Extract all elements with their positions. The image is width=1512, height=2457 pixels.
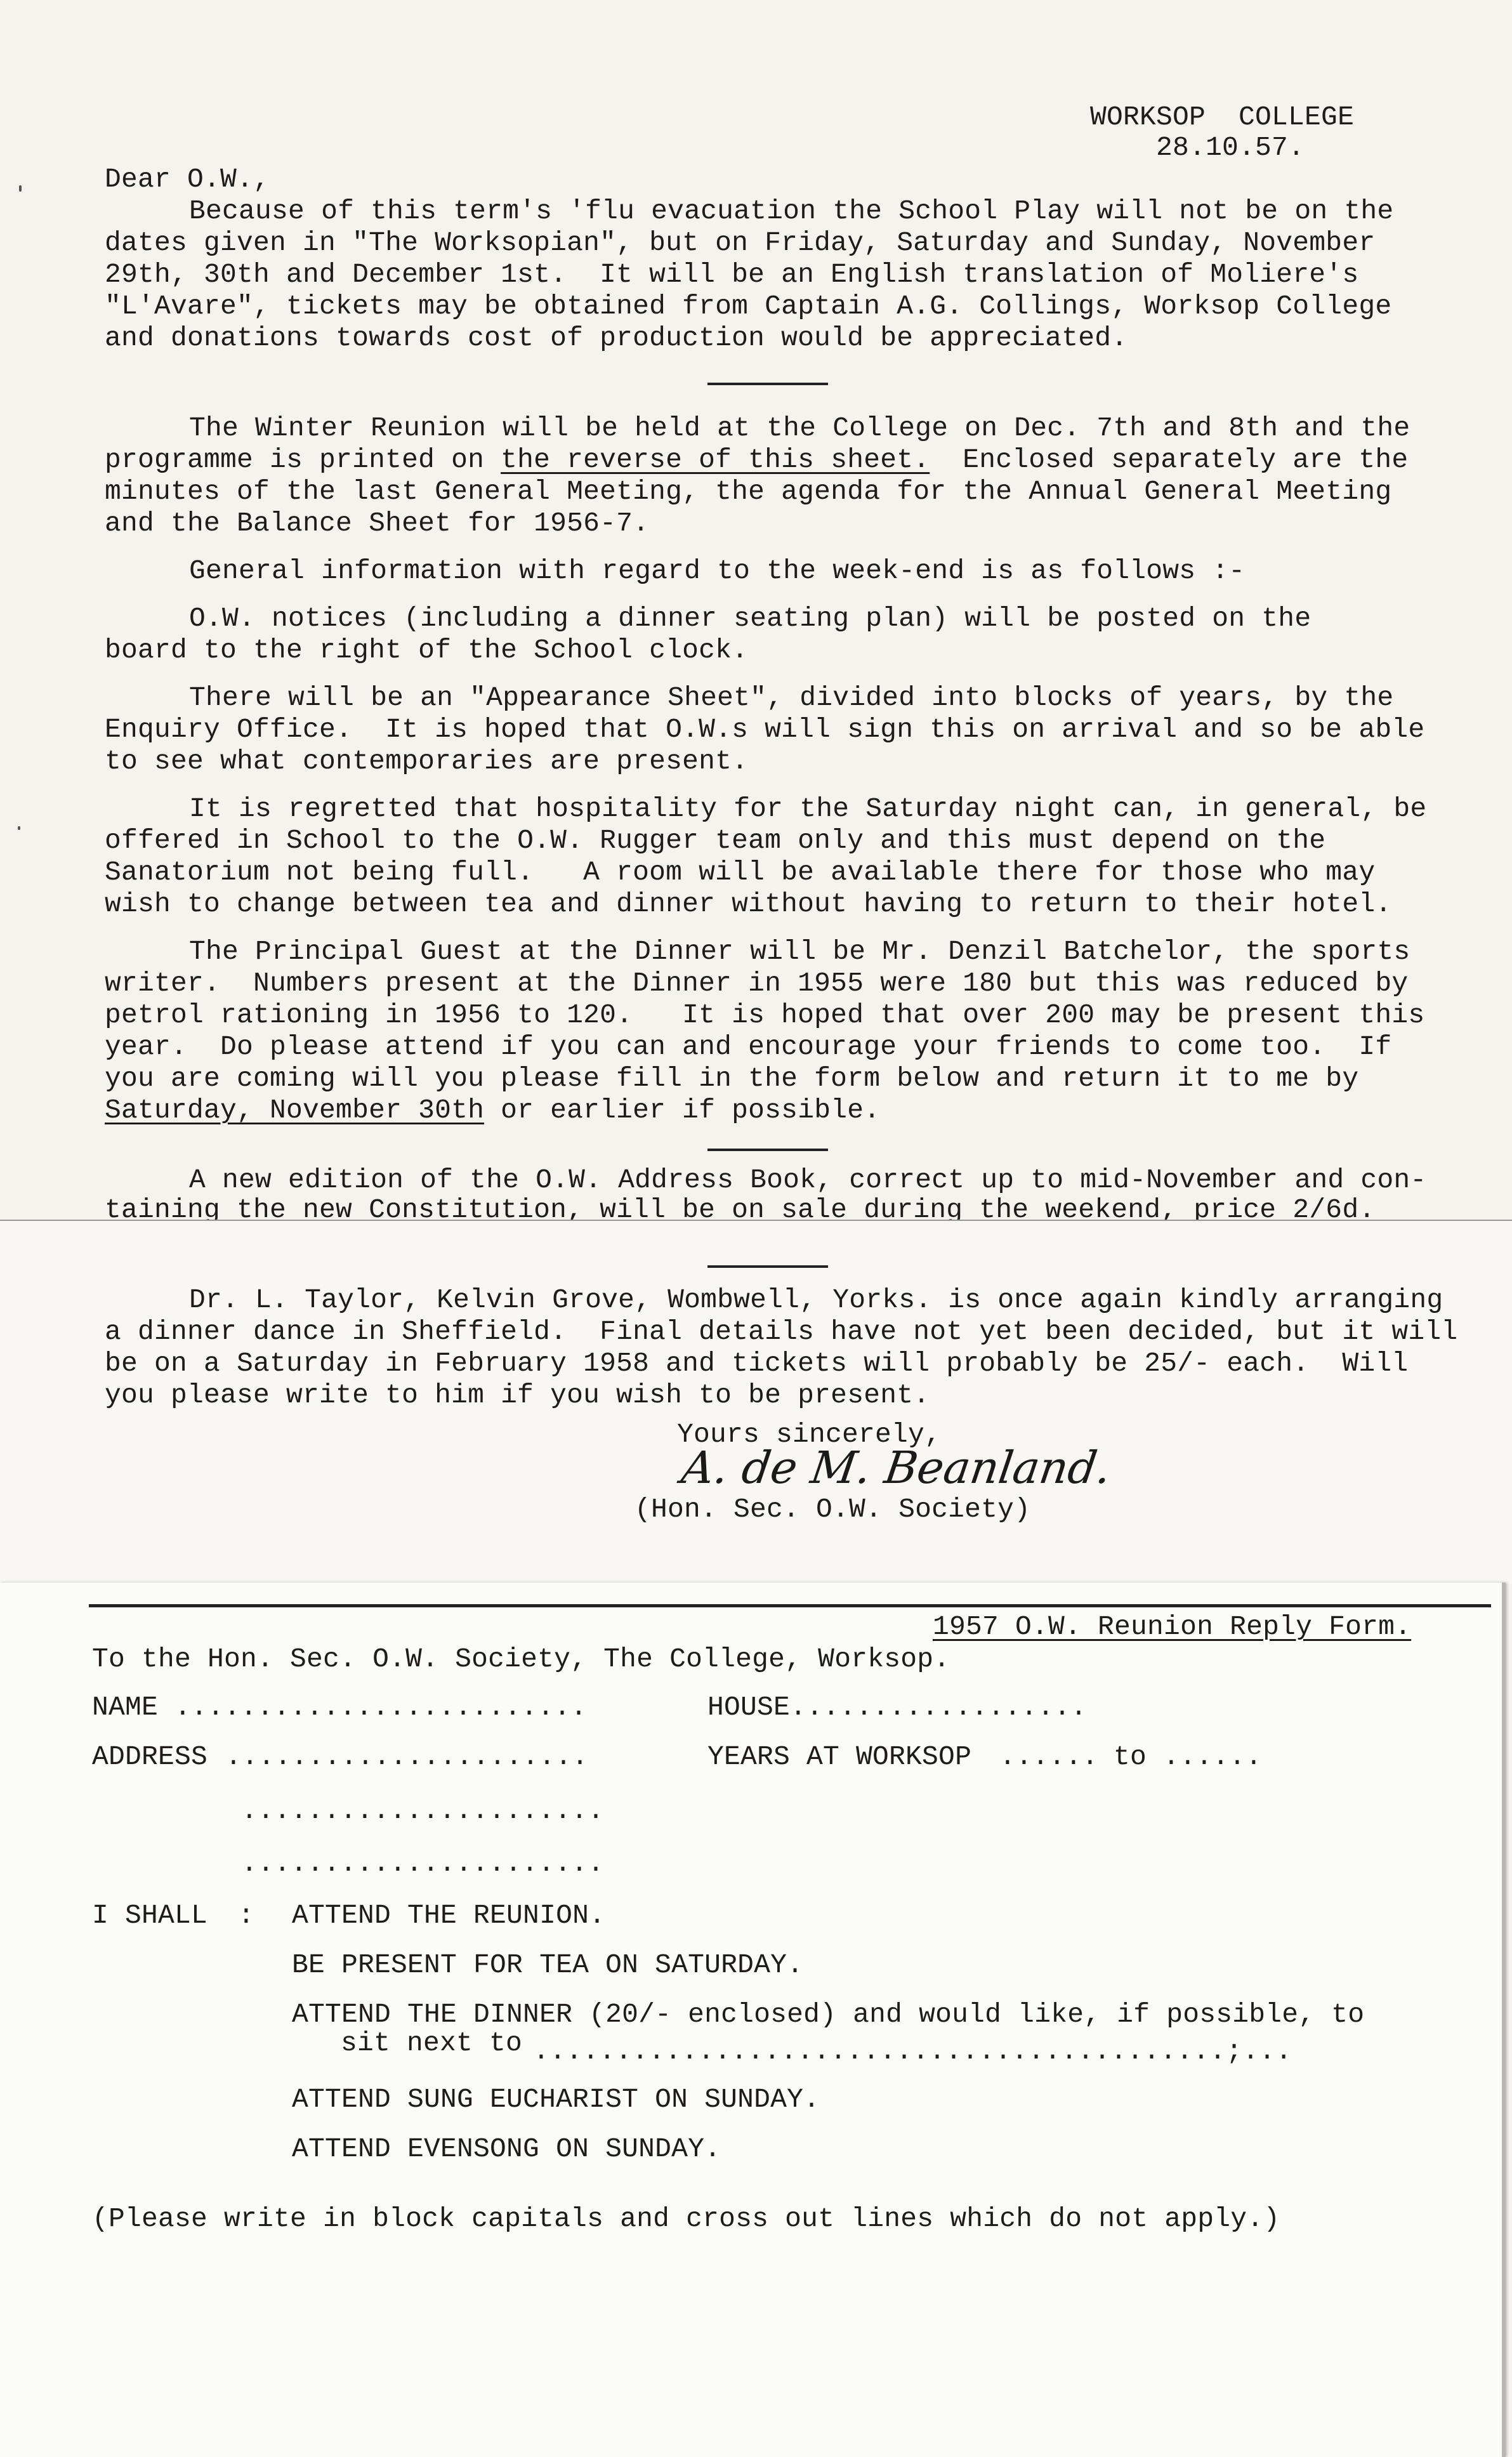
text-line: Dr. L. Taylor, Kelvin Grove, Wombwell, Y… (57, 1284, 1443, 1316)
salutation: Dear O.W., (105, 164, 270, 195)
signatory-title: (Hon. Sec. O.W. Society) (634, 1494, 1030, 1525)
years-to-field[interactable]: ...... (1163, 1741, 1262, 1773)
name-field[interactable]: ......................... (174, 1692, 587, 1723)
text-line: "L'Avare", tickets may be obtained from … (105, 291, 1391, 322)
years-label: YEARS AT WORKSOP (707, 1741, 971, 1773)
form-addressee: To the Hon. Sec. O.W. Society, The Colle… (92, 1643, 950, 1675)
address-field-line-2[interactable]: ...................... (241, 1795, 604, 1827)
option-sung-eucharist[interactable]: ATTEND SUNG EUCHARIST ON SUNDAY. (292, 2084, 820, 2116)
reverse-of-sheet-emphasis: the reverse of this sheet. (501, 444, 930, 475)
name-label: NAME (92, 1692, 158, 1723)
text-line: A new edition of the O.W. Address Book, … (57, 1164, 1426, 1196)
text-line: you are coming will you please fill in t… (105, 1063, 1358, 1095)
text-line: The Winter Reunion will be held at the C… (57, 412, 1410, 444)
form-footnote: (Please write in block capitals and cros… (92, 2203, 1280, 2235)
section-divider (707, 1265, 828, 1268)
address-field-line-1[interactable]: ...................... (225, 1741, 588, 1773)
i-shall-label: I SHALL (92, 1900, 207, 1932)
text-line: board to the right of the School clock. (105, 635, 748, 666)
text-line: Enquiry Office. It is hoped that O.W.s w… (105, 714, 1424, 746)
section-divider (707, 383, 828, 385)
text-line: Saturday, November 30th or earlier if po… (105, 1095, 880, 1126)
text-line: wish to change between tea and dinner wi… (105, 888, 1391, 920)
sit-next-to-label: sit next to (341, 2027, 522, 2059)
text-line: 29th, 30th and December 1st. It will be … (105, 259, 1358, 291)
option-attend-reunion[interactable]: ATTEND THE REUNION. (292, 1900, 605, 1932)
letter-middle-section: Dr. L. Taylor, Kelvin Grove, Wombwell, Y… (0, 1220, 1512, 1584)
text-line: Because of this term's 'flu evacuation t… (57, 195, 1393, 227)
general-info-intro: General information with regard to the w… (57, 555, 1245, 587)
text-line: Sanatorium not being full. A room will b… (105, 857, 1375, 888)
text-line: year. Do please attend if you can and en… (105, 1031, 1391, 1063)
years-to-word: to (1114, 1741, 1147, 1773)
option-tea-saturday[interactable]: BE PRESENT FOR TEA ON SATURDAY. (292, 1949, 803, 1981)
text-line: O.W. notices (including a dinner seating… (57, 603, 1311, 635)
text-line: petrol rationing in 1956 to 120. It is h… (105, 999, 1424, 1031)
address-label: ADDRESS (92, 1741, 207, 1773)
paper-speck (18, 826, 20, 830)
address-field-line-3[interactable]: ...................... (241, 1848, 604, 1880)
sit-next-to-field[interactable]: ........................................… (533, 2036, 1292, 2067)
text-line: minutes of the last General Meeting, the… (105, 476, 1391, 508)
text-line: There will be an "Appearance Sheet", div… (57, 682, 1393, 714)
house-field[interactable]: .................. (790, 1692, 1087, 1723)
handwritten-signature: A. de M. Beanland. (678, 1442, 1114, 1494)
text-line: dates given in "The Worksopian", but on … (105, 227, 1375, 259)
paper-speck (19, 185, 22, 192)
text-line: programme is printed on the reverse of t… (105, 444, 1408, 476)
text-line: and the Balance Sheet for 1956-7. (105, 508, 649, 539)
option-evensong[interactable]: ATTEND EVENSONG ON SUNDAY. (292, 2133, 721, 2165)
text-line: a dinner dance in Sheffield. Final detai… (105, 1316, 1457, 1348)
section-divider (707, 1149, 828, 1151)
text-line: you please write to him if you wish to b… (105, 1380, 930, 1411)
option-attend-dinner[interactable]: ATTEND THE DINNER (20/- enclosed) and wo… (292, 1999, 1364, 2031)
reply-form-section: 1957 O.W. Reunion Reply Form. To the Hon… (0, 1583, 1506, 2457)
text-line: It is regretted that hospitality for the… (57, 793, 1426, 825)
letter-top-section: WORKSOP COLLEGE 28.10.57. Dear O.W., Bec… (0, 0, 1512, 1220)
i-shall-colon: : (238, 1900, 254, 1932)
form-cut-line (89, 1604, 1491, 1607)
form-title: 1957 O.W. Reunion Reply Form. (933, 1611, 1411, 1643)
years-from-field[interactable]: ...... (999, 1741, 1098, 1773)
letterhead-institution: WORKSOP COLLEGE (1090, 102, 1354, 133)
text-line: be on a Saturday in February 1958 and ti… (105, 1348, 1408, 1380)
text-line: The Principal Guest at the Dinner will b… (57, 936, 1410, 968)
text-line: to see what contemporaries are present. (105, 746, 748, 777)
house-label: HOUSE (707, 1692, 790, 1723)
reply-deadline: Saturday, November 30th (105, 1095, 484, 1126)
text-line: offered in School to the O.W. Rugger tea… (105, 825, 1325, 857)
letter-date: 28.10.57. (1156, 132, 1305, 164)
text-line: and donations towards cost of production… (105, 322, 1127, 354)
text-line: writer. Numbers present at the Dinner in… (105, 968, 1408, 999)
